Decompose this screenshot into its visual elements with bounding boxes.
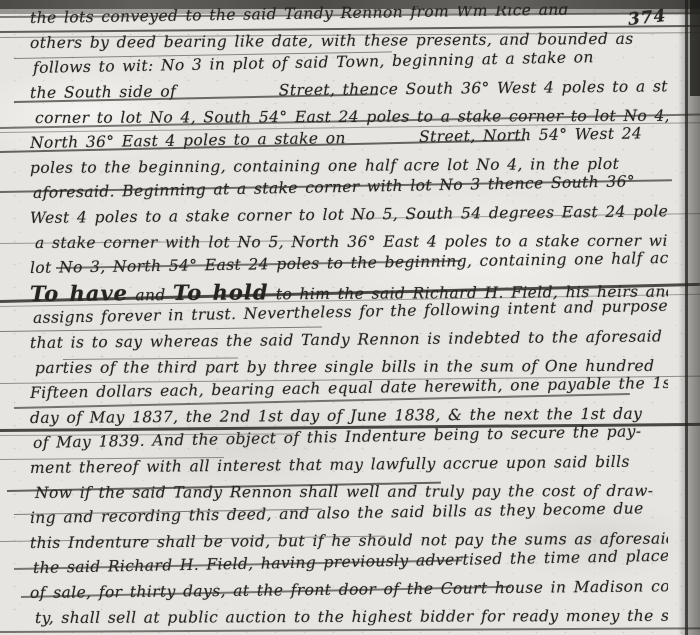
scanned-deed-page: 374 the lots conveyed to the said Tandy … xyxy=(0,0,700,635)
handwritten-lines: the lots conveyed to the said Tandy Renn… xyxy=(30,6,668,631)
handwriting-line: West 4 poles to a stake corner to lot No… xyxy=(30,199,668,231)
handwriting-line: ment thereof with all interest that may … xyxy=(30,449,668,481)
scan-edge-corner xyxy=(690,0,700,96)
handwriting-line: of sale, for thirty days, at the front d… xyxy=(30,574,668,606)
line-text: and xyxy=(128,286,173,304)
handwriting-line: ty, shall sell at public auction to the … xyxy=(30,604,668,631)
scan-edge-right-line xyxy=(685,0,688,635)
handwriting-line: the South side of Street, thence South 3… xyxy=(30,74,668,106)
emphasized-phrase: To have xyxy=(30,280,128,306)
handwriting-line: that is to say whereas the said Tandy Re… xyxy=(30,324,668,356)
